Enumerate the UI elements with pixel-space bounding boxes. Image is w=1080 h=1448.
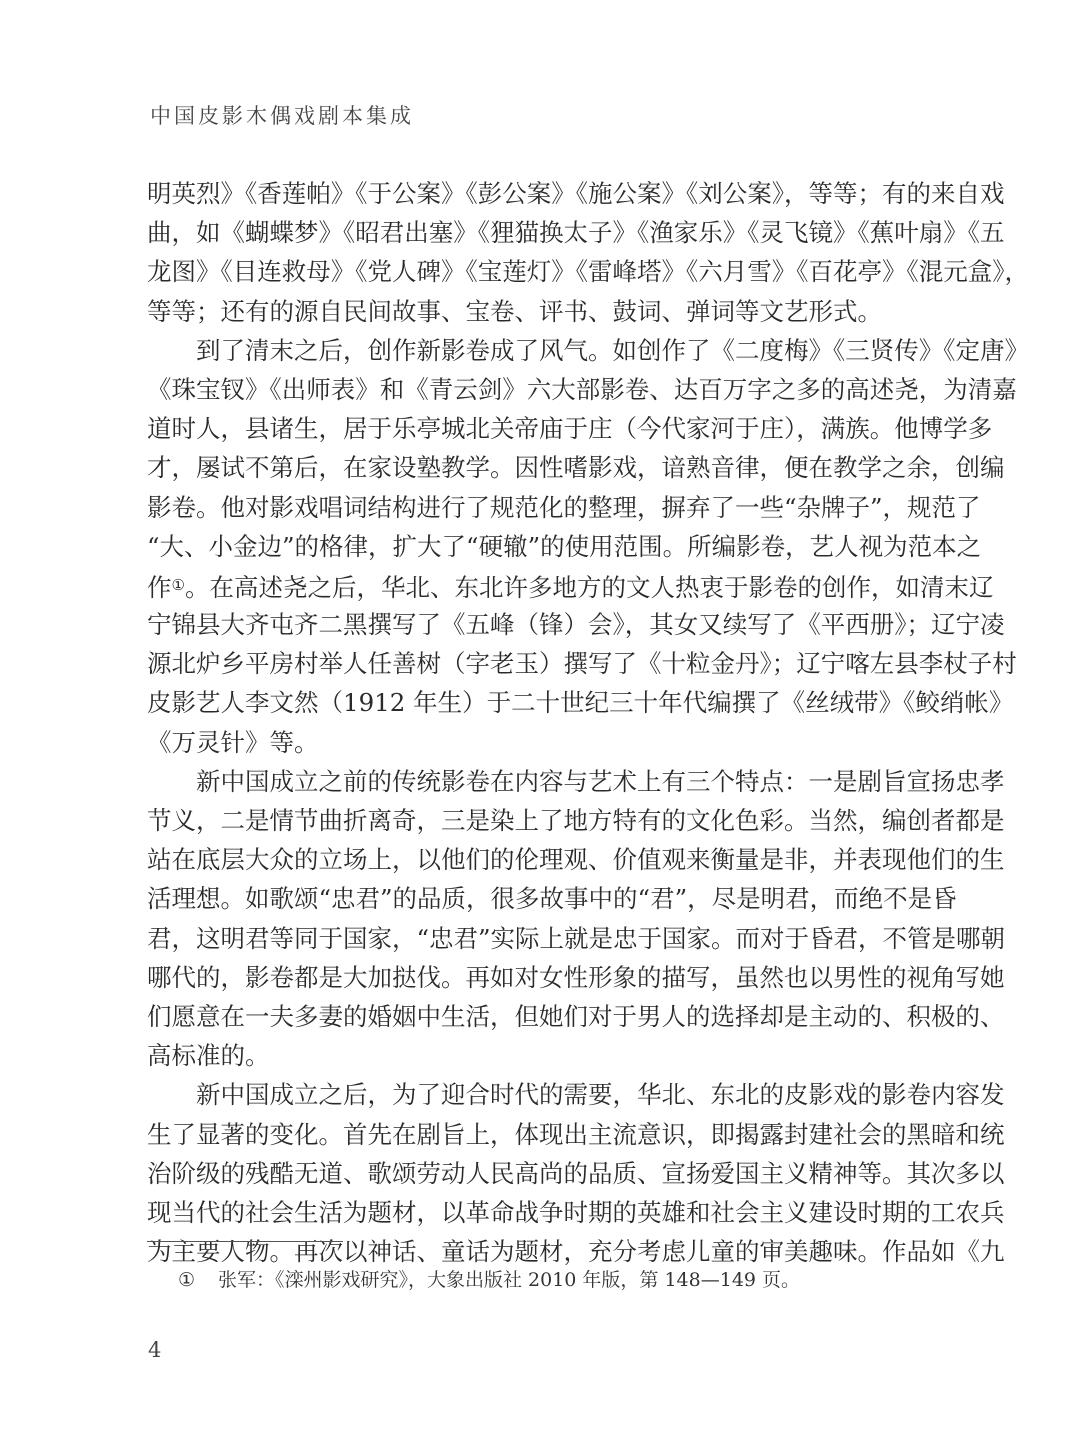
text-line: 宁锦县大齐屯齐二黑撰写了《五峰（锋）会》，其女又续写了《平西册》；辽宁凌 xyxy=(147,605,937,644)
text-line: 明英烈》《香莲帕》《于公案》《彭公案》《施公案》《刘公案》，等等；有的来自戏 xyxy=(147,174,937,213)
footnote-reference[interactable]: ① xyxy=(172,576,185,594)
text-line: 源北炉乡平房村举人任善树（字老玉）撰写了《十粒金丹》；辽宁喀左县李杖子村 xyxy=(147,644,937,683)
footnote: ①张军：《滦州影戏研究》，大象出版社 2010 年版，第 148—149 页。 xyxy=(178,1266,800,1294)
text-fragment: 。在高述尧之后，华北、东北许多地方的文人热衷于影卷的创作，如清末辽 xyxy=(185,573,994,602)
text-line: 龙图》《目连救母》《党人碑》《宝莲灯》《雷峰塔》《六月雪》《百花亭》《混元盒》， xyxy=(147,252,937,291)
text-line-with-footnote: 作①。在高述尧之后，华北、东北许多地方的文人热衷于影卷的创作，如清末辽 xyxy=(147,566,937,605)
text-line: 治阶级的残酷无道、歌颂劳动人民高尚的品质、宣扬爱国主义精神等。其次多以 xyxy=(147,1154,937,1193)
body-text: 明英烈》《香莲帕》《于公案》《彭公案》《施公案》《刘公案》，等等；有的来自戏 曲… xyxy=(147,174,937,1271)
text-line: 影卷。他对影戏唱词结构进行了规范化的整理，摒弃了一些“杂牌子”，规范了 xyxy=(147,488,937,527)
text-line: 现当代的社会生活为题材，以革命战争时期的英雄和社会主义建设时期的工农兵 xyxy=(147,1193,937,1232)
text-line: 皮影艺人李文然（1912 年生）于二十世纪三十年代编撰了《丝绒带》《鲛绡帐》 xyxy=(147,683,937,722)
footnote-separator xyxy=(147,1241,343,1242)
text-line: 君，这明君等同于国家，“忠君”实际上就是忠于国家。而对于昏君，不管是哪朝 xyxy=(147,919,937,958)
text-line: 道时人，县诸生，居于乐亭城北关帝庙于庄（今代家河于庄），满族。他博学多 xyxy=(147,409,937,448)
footnote-mark: ① xyxy=(178,1266,218,1294)
text-line: 才，屡试不第后，在家设塾教学。因性嗜影戏，谙熟音律，便在教学之余，创编 xyxy=(147,448,937,487)
text-line: 生了显著的变化。首先在剧旨上，体现出主流意识，即揭露封建社会的黑暗和统 xyxy=(147,1115,937,1154)
text-line: 《珠宝钗》《出师表》和《青云剑》六大部影卷、达百万字之多的高述尧，为清嘉 xyxy=(147,370,937,409)
text-line: 《万灵针》等。 xyxy=(147,723,937,762)
text-line: 曲，如《蝴蝶梦》《昭君出塞》《狸猫换太子》《渔家乐》《灵飞镜》《蕉叶扇》《五 xyxy=(147,213,937,252)
paragraph-start-line: 到了清末之后，创作新影卷成了风气。如创作了《二度梅》《三贤传》《定唐》 xyxy=(147,331,937,370)
text-line: 节义，二是情节曲折离奇，三是染上了地方特有的文化色彩。当然，编创者都是 xyxy=(147,801,937,840)
text-line: 高标准的。 xyxy=(147,1036,937,1075)
text-line: 哪代的，影卷都是大加挞伐。再如对女性形象的描写，虽然也以男性的视角写她 xyxy=(147,958,937,997)
text-line: “大、小金边”的格律，扩大了“硬辙”的使用范围。所编影卷，艺人视为范本之 xyxy=(147,527,937,566)
page-number: 4 xyxy=(148,1338,161,1362)
paragraph-start-line: 新中国成立之前的传统影卷在内容与艺术上有三个特点：一是剧旨宣扬忠孝 xyxy=(147,762,937,801)
running-header-title: 中国皮影木偶戏剧本集成 xyxy=(150,100,414,130)
footnote-text: 张军：《滦州影戏研究》，大象出版社 2010 年版，第 148—149 页。 xyxy=(218,1269,800,1291)
paragraph-start-line: 新中国成立之后，为了迎合时代的需要，华北、东北的皮影戏的影卷内容发 xyxy=(147,1075,937,1114)
text-line: 活理想。如歌颂“忠君”的品质，很多故事中的“君”，尽是明君，而绝不是昏 xyxy=(147,879,937,918)
text-line: 等等；还有的源自民间故事、宝卷、评书、鼓词、弹词等文艺形式。 xyxy=(147,292,937,331)
text-line: 们愿意在一夫多妻的婚姻中生活，但她们对于男人的选择却是主动的、积极的、 xyxy=(147,997,937,1036)
text-fragment: 作 xyxy=(147,573,172,602)
text-line: 站在底层大众的立场上，以他们的伦理观、价值观来衡量是非，并表现他们的生 xyxy=(147,840,937,879)
